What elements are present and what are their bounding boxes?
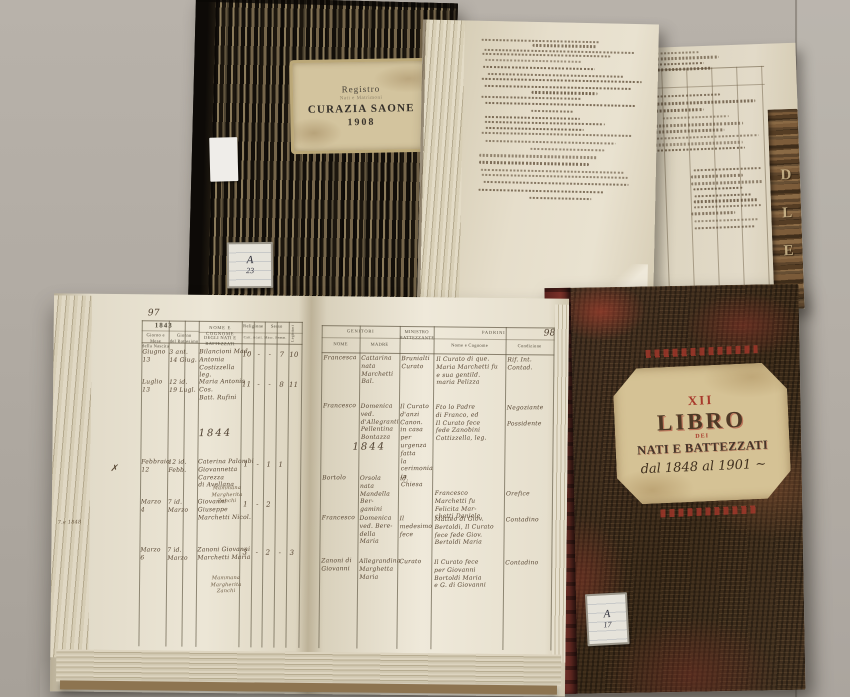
scribble-line (483, 66, 595, 71)
entry-genitori: Orsola nata Mandella Ber- gamini (360, 475, 396, 514)
entry-padrini: Il Curato di que. Maria Marchetti fu e s… (436, 355, 502, 387)
header-legittimi: Legittimi (291, 324, 296, 343)
label-subtitle: Nati e Matrimoni (340, 96, 383, 102)
header-condizione: Condizione (506, 343, 554, 349)
entry-genitori: Domenica ved. d'Allegranti Pellentina Bo… (361, 403, 397, 442)
entry-genitori: Domenica ved. Bere- della Maria (359, 515, 395, 547)
scribble-line (694, 218, 759, 223)
header-religione: Religione (242, 323, 265, 329)
header-subcols: Catt. Acatt. Masc. Femm. (242, 335, 289, 340)
scribble-line (694, 193, 752, 197)
scribble-line (530, 197, 592, 201)
entry-nome: Bortolo (322, 474, 356, 482)
entry-genitori: Cattarina nata Marchetti Bal. (361, 355, 397, 387)
left-page-number: 97 (148, 308, 160, 320)
scribble-line (531, 148, 605, 152)
scribble-line (485, 115, 580, 119)
wall-light-strip (798, 0, 850, 697)
entry-num: 1 (263, 461, 274, 470)
shelf-mark-label: A 23 (227, 242, 273, 288)
label-curazia: CURAZIA SAONE (308, 102, 415, 116)
scribble-line (479, 154, 597, 159)
entry-padrini: Il Curato fece per Giovanni Bortoldi Mar… (434, 558, 500, 590)
fore-edge-letter: D (777, 167, 796, 185)
header-ministro: MINISTRO BATTEZZANTE (400, 329, 434, 341)
entry-padrini: Fto lo Padre di Franco, ed Il Curato fec… (436, 403, 502, 443)
header-battesimo: Giorno del Battesimo (170, 333, 199, 345)
entry-nome: Francesco (322, 514, 356, 522)
scribble-line (663, 115, 730, 120)
fore-edge-letter: L (778, 205, 797, 223)
entry-num: - (274, 549, 285, 558)
header-madre: MADRE (360, 342, 400, 348)
scribble-line (481, 174, 628, 179)
scribble-line (482, 53, 610, 58)
scribble-line (486, 127, 584, 131)
entry-date: Marzo 4 (141, 498, 167, 514)
entry-num: 2 (263, 501, 274, 510)
manuscript-page-edges (417, 20, 465, 305)
photo-stage: Registro Nati e Matrimoni CURAZIA SAONE … (0, 0, 850, 697)
scribble-line (691, 174, 743, 178)
label-dates: dal 1848 al 1901 ~ (640, 457, 766, 477)
entry-baptism: 12 id. 19 Lugl. (169, 379, 197, 395)
header-sesso: Sesso (265, 324, 289, 330)
scribble-line (481, 132, 632, 137)
entry-baptism: 7 id. Marzo (168, 499, 196, 515)
entry-num: 2 (262, 549, 273, 558)
scribble-line (488, 73, 624, 78)
entry-num: 1 (240, 500, 251, 509)
manuscript-handwriting (475, 35, 644, 290)
scribble-line (481, 169, 624, 174)
entry-num: 11 (241, 380, 252, 389)
red-register-book: XII LIBRO DEI NATI E BATTEZZATI dal 1848… (544, 284, 805, 694)
entry-num: 1 (275, 461, 286, 470)
scribble-line (695, 225, 755, 229)
entry-padrini: Matteo di Giov. Bertoldi, Il Curato fece… (434, 515, 500, 547)
entry-num: - (253, 380, 264, 389)
left-margin-note: 7.e 1848 (58, 519, 92, 526)
label-year: 1908 (347, 117, 375, 128)
entry-ministro: Curato (399, 558, 429, 566)
entry-num: - (253, 350, 264, 359)
entry-baptism: 3 ant. 14 Giug. (169, 349, 197, 365)
label-registro: Registro (342, 84, 381, 95)
entry-baptism: 7 id. Marzo (167, 547, 195, 563)
scribble-line (532, 110, 574, 113)
scribble-line (479, 188, 605, 193)
entry-ministro: Brunialti Curato (401, 355, 431, 371)
entry-num: 11 (288, 381, 299, 390)
entry-baptism: 12 id. Febb. (168, 459, 196, 475)
fore-edge-letter: E (779, 243, 798, 261)
right-year-break: 1844 (352, 440, 386, 453)
label-numeral: XII (687, 392, 713, 409)
entry-condizione: Rif. Int. Contad. (507, 356, 551, 372)
entry-nome: Francesca (323, 354, 357, 362)
scribble-line (694, 198, 758, 203)
scribble-line (693, 167, 760, 172)
entry-num: - (264, 381, 275, 390)
entry-num: 10 (241, 350, 252, 359)
scribble-line (481, 38, 600, 43)
shelf-mark-number: 17 (603, 620, 611, 630)
entry-genitori: Allegrandina Marghetta Maria (359, 558, 395, 582)
header-padrini-nome: Nome e Cognome (434, 342, 506, 348)
left-year-break: 1844 (199, 427, 233, 440)
scribble-line (486, 140, 616, 145)
entry-date: Febbraio 12 (141, 458, 167, 474)
entry-num: 7 (276, 351, 287, 360)
entry-condizione: Negoziante Possidente (507, 404, 551, 428)
entry-ministro: Il medesimo fece (400, 515, 430, 539)
entry-note: Mammana Margherita Zanchi (201, 575, 251, 595)
scribble-line (484, 85, 631, 90)
entry-num: 1 (240, 460, 251, 469)
entry-date: Marzo 6 (140, 546, 166, 562)
entry-date: Giugno 13 (142, 348, 168, 364)
label-libro: LIBRO (656, 408, 746, 435)
entry-nome: Francesco (323, 402, 357, 410)
scribble-line (533, 44, 597, 48)
scribble-line (485, 121, 605, 126)
header-nome: NOME (322, 341, 360, 347)
ledger-handwriting (690, 164, 768, 277)
striped-book-title-label: Registro Nati e Matrimoni CURAZIA SAONE … (289, 58, 433, 154)
shelf-mark-letter: A (247, 255, 254, 266)
scribble-line (482, 78, 641, 84)
shelf-mark-letter: A (603, 609, 610, 620)
scribble-line (694, 204, 761, 209)
entry-condizione: Orefice (506, 490, 550, 498)
scribble-line (532, 91, 597, 95)
scribble-line (479, 161, 589, 166)
entry-num: - (252, 460, 263, 469)
entry-num: - (264, 351, 275, 360)
header-nome2: DEGLI NATI E BATTEZZATI (199, 335, 242, 347)
entry-num: 3 (239, 548, 250, 557)
entry-num: - (251, 548, 262, 557)
scribble-line (484, 181, 628, 186)
open-register-book: 97 1843 Giorno e Mese della Nascita Gior… (50, 293, 569, 696)
left-margin-cross: ✗ (110, 464, 118, 476)
entry-nome: Zanoni di Giovanni (321, 557, 355, 573)
register-left-page-edges (50, 295, 92, 657)
scribble-line (485, 101, 636, 106)
red-ornament-band (645, 345, 757, 358)
entry-num: 3 (286, 549, 297, 558)
red-ornament-band (660, 505, 756, 517)
scribble-line (691, 211, 735, 215)
scribble-line (693, 186, 742, 190)
entry-ministro: id. (400, 475, 430, 483)
shelf-mark-number: 23 (246, 266, 254, 276)
scribble-line (482, 95, 582, 99)
header-year: 1843 (143, 321, 185, 330)
scribble-line (691, 180, 763, 185)
open-manuscript-book (417, 20, 659, 309)
shelf-mark-label: A 17 (585, 592, 630, 646)
entry-date: Luglio 13 (142, 378, 168, 394)
label-dei: DEI (695, 433, 709, 440)
entry-num: 8 (276, 381, 287, 390)
entry-condizione: Contadino (505, 559, 549, 567)
red-book-title-label: XII LIBRO DEI NATI E BATTEZZATI dal 1848… (612, 362, 792, 505)
header-nascita: Giorno e Mese della Nascita (142, 332, 170, 349)
spine-sticker (209, 137, 238, 182)
header-genitori: GENITORI (322, 328, 400, 334)
label-nati: NATI E BATTEZZATI (637, 438, 769, 459)
entry-condizione: Contadino (506, 516, 550, 524)
entry-num: - (252, 500, 263, 509)
entry-num: 10 (288, 351, 299, 360)
scribble-line (485, 59, 582, 63)
